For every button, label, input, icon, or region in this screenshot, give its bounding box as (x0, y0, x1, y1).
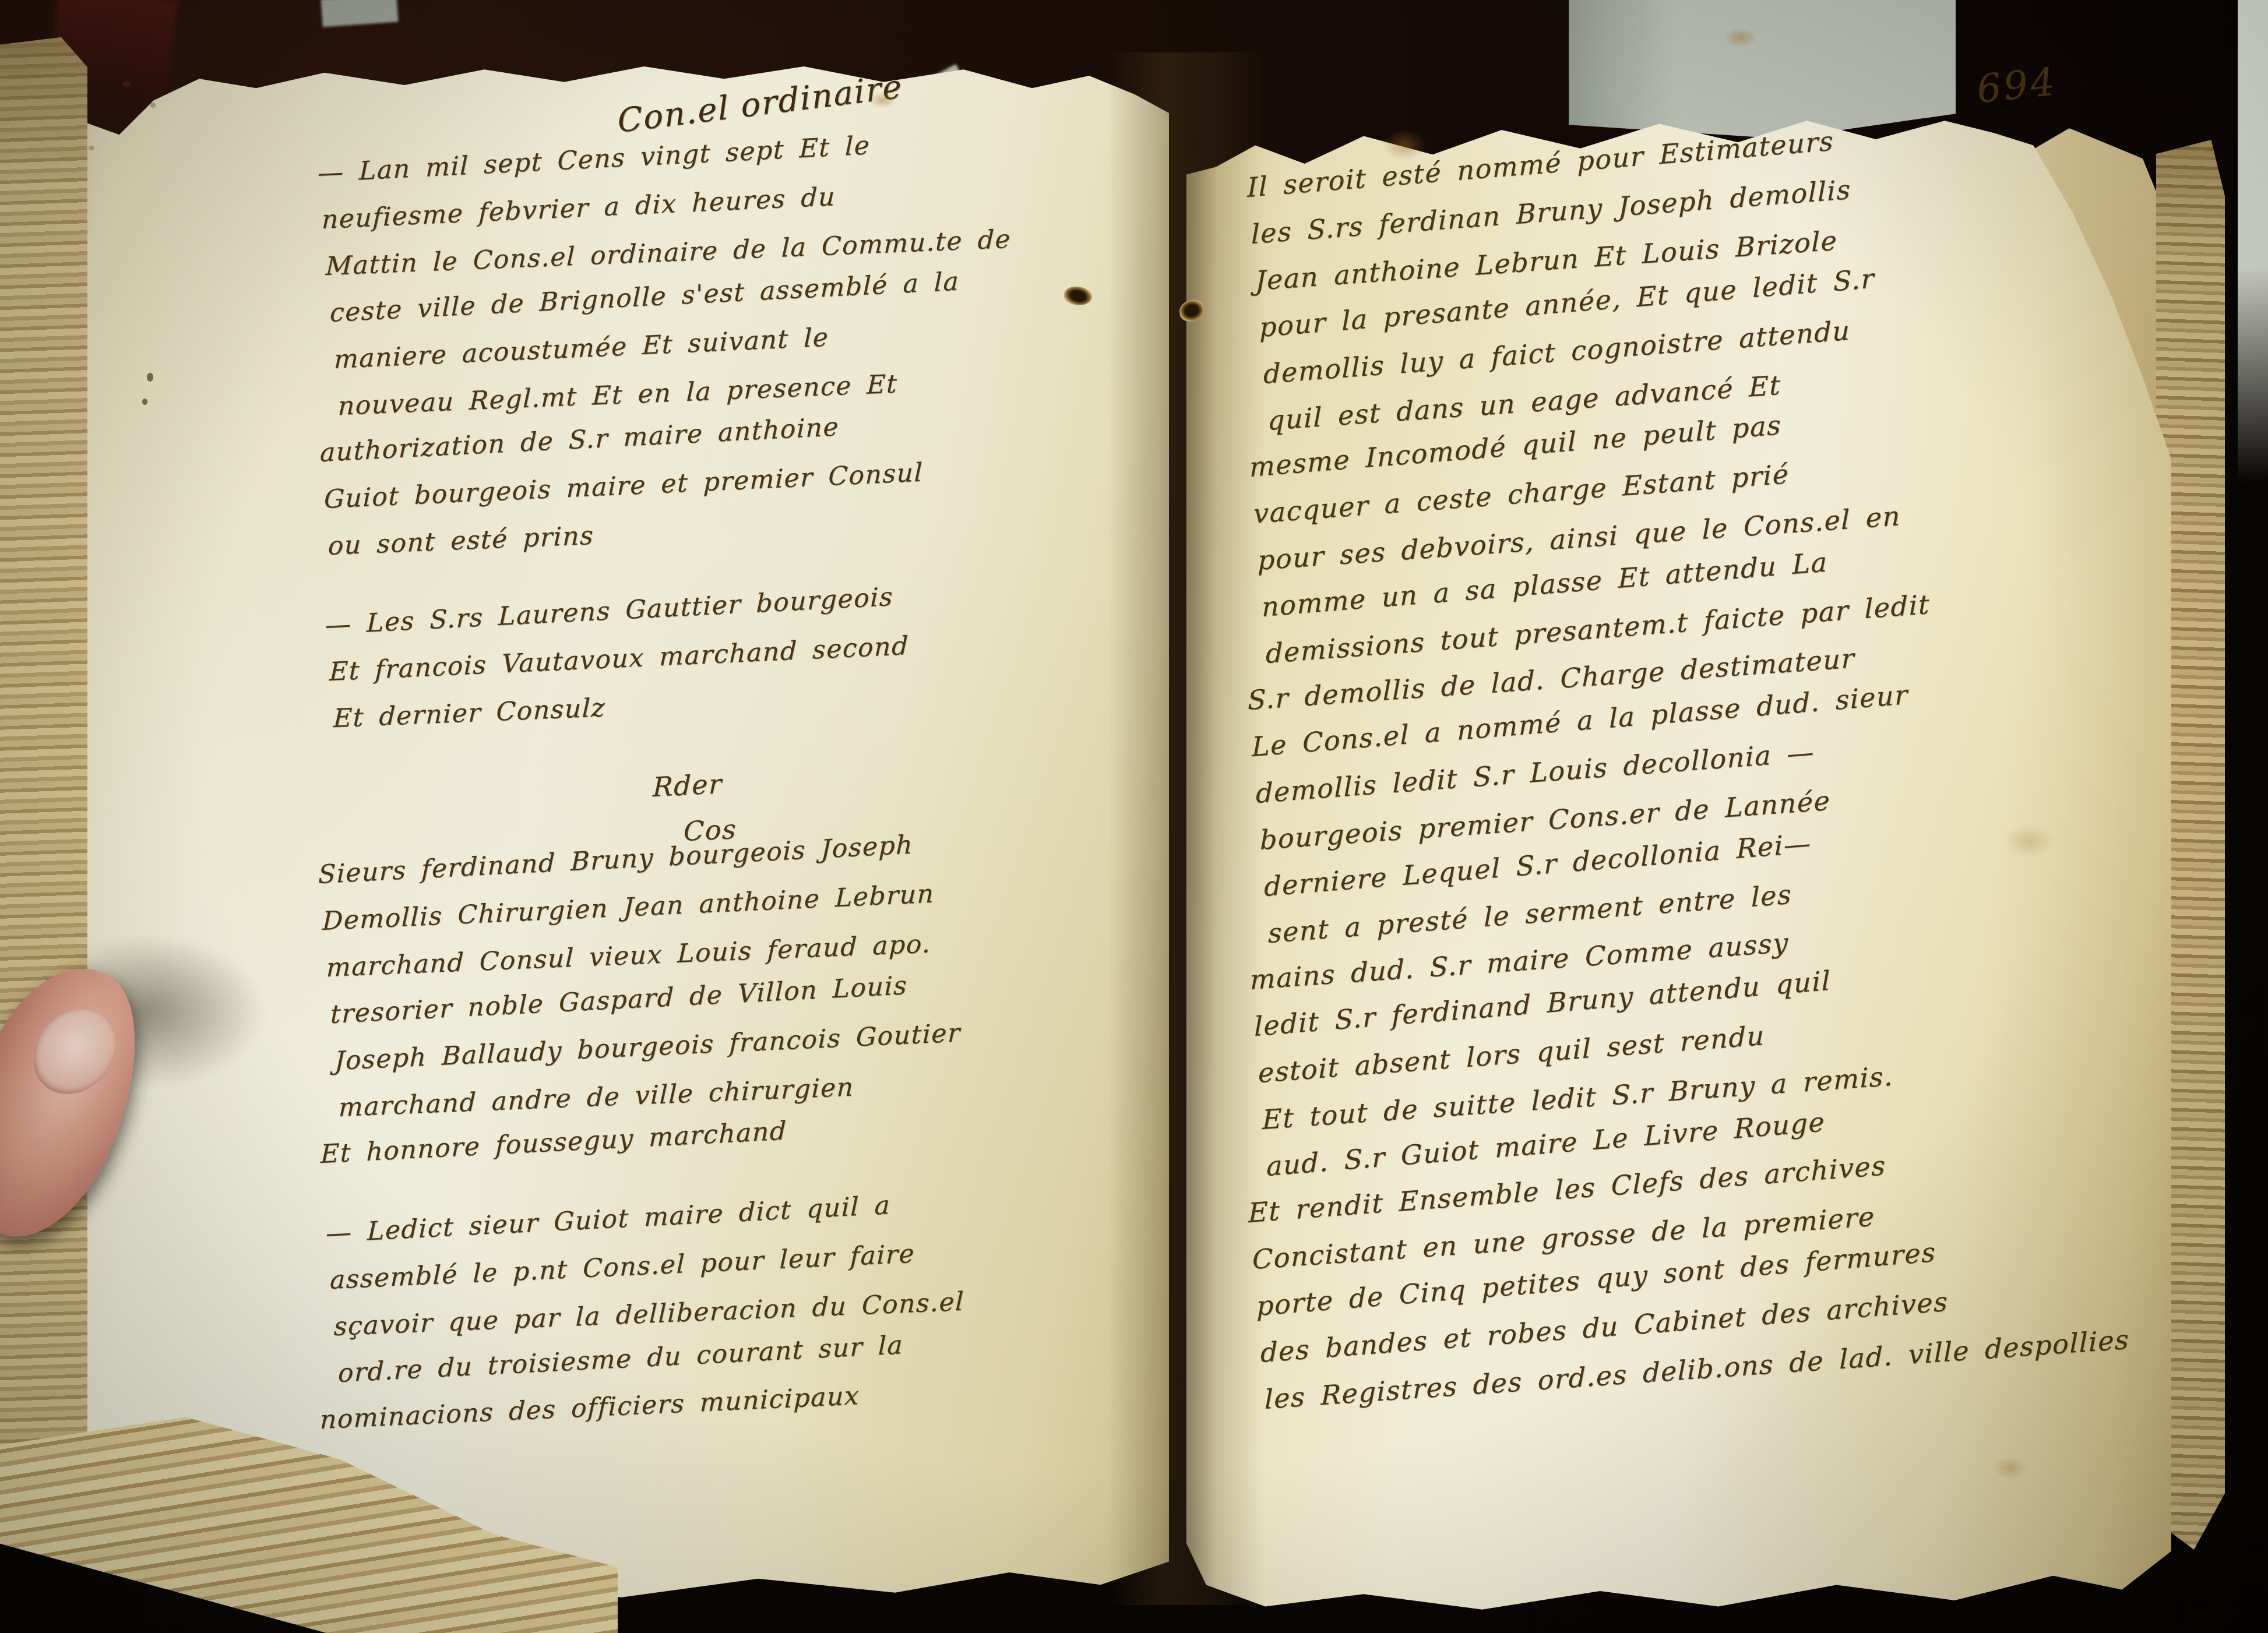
page-stack-left-edge (0, 37, 87, 1529)
left-page (28, 48, 1169, 1600)
thumbnail-fingernail (16, 993, 132, 1110)
foxing-spot (869, 92, 896, 108)
ink-dot (89, 146, 94, 150)
foxing-spot (1993, 1456, 2028, 1480)
ink-dot (122, 82, 131, 87)
foxing-spot (1724, 28, 1758, 48)
background-white-edge (2238, 0, 2268, 484)
page-number: 694 (1974, 59, 2059, 112)
ink-dot (150, 103, 156, 108)
background-grey-notch (321, 0, 398, 27)
foxing-spot (2003, 825, 2055, 858)
foxing-spot (1382, 129, 1427, 161)
ink-dot (142, 398, 147, 405)
photo-of-open-manuscript-book: Con.el ordinaire 694 — Lan mil sept Cens… (0, 0, 2268, 1633)
background-grey-card (1569, 0, 1956, 139)
ink-dot (147, 373, 153, 382)
